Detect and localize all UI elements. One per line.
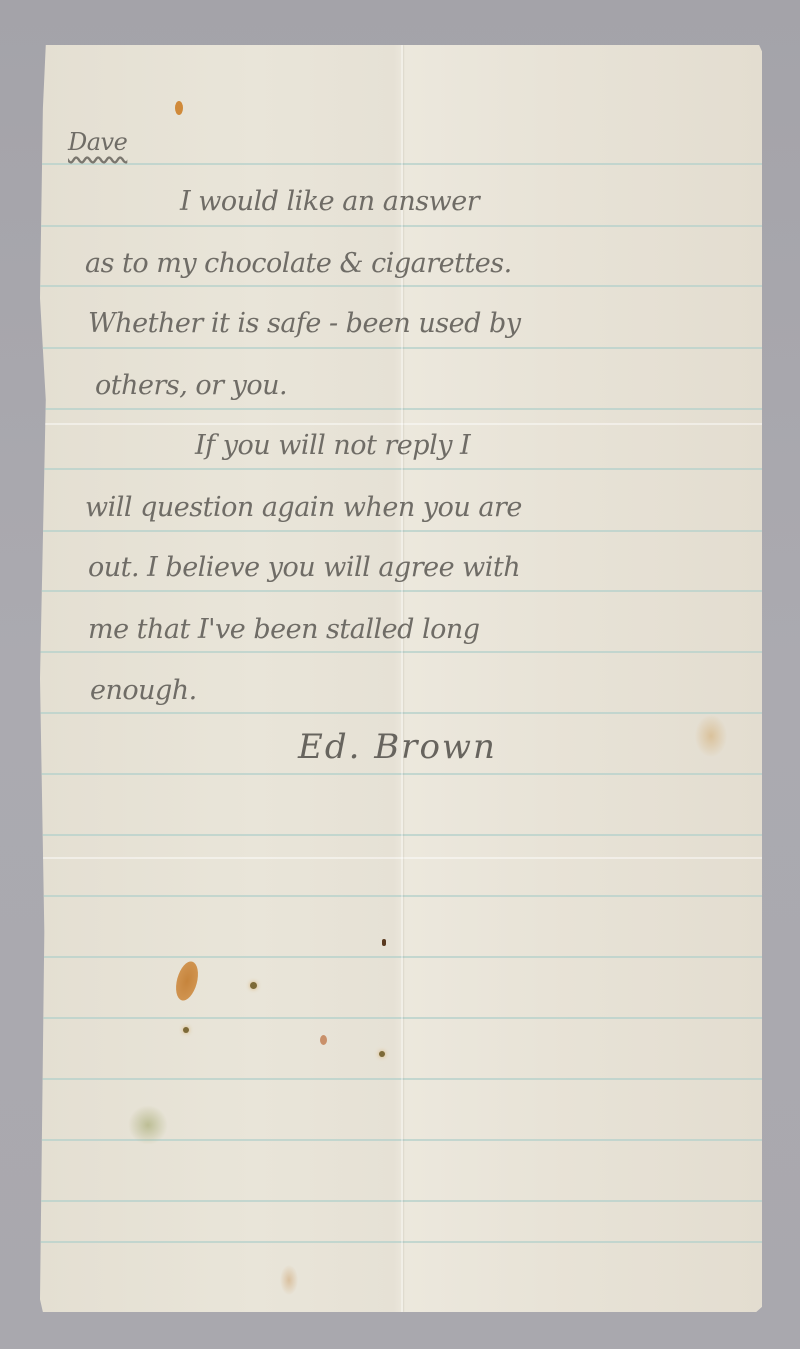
salutation: Dave xyxy=(68,128,127,156)
water-stain xyxy=(695,715,727,757)
mold-stain xyxy=(128,1105,168,1145)
rust-stain xyxy=(175,101,183,115)
letter-line-8: me that I've been stalled long xyxy=(88,614,480,645)
water-stain xyxy=(280,1265,298,1295)
letter-line-5: If you will not reply I xyxy=(195,430,470,461)
fold-crease-vertical xyxy=(401,45,403,1312)
signature: Ed. Brown xyxy=(298,727,497,767)
spot-stain xyxy=(379,1051,385,1057)
letter-line-7: out. I believe you will agree with xyxy=(88,552,520,583)
letter-line-4: others, or you. xyxy=(95,370,287,401)
spot-stain xyxy=(382,939,386,946)
letter-line-3: Whether it is safe - been used by xyxy=(88,308,521,339)
spot-stain xyxy=(250,982,257,989)
letter-line-1: I would like an answer xyxy=(180,186,479,217)
letter-line-9: enough. xyxy=(90,675,197,706)
rust-stain xyxy=(172,959,202,1003)
letter-line-6: will question again when you are xyxy=(85,492,522,523)
spot-stain xyxy=(320,1035,327,1045)
letter-line-2: as to my chocolate & cigarettes. xyxy=(85,248,512,279)
spot-stain xyxy=(183,1027,189,1033)
